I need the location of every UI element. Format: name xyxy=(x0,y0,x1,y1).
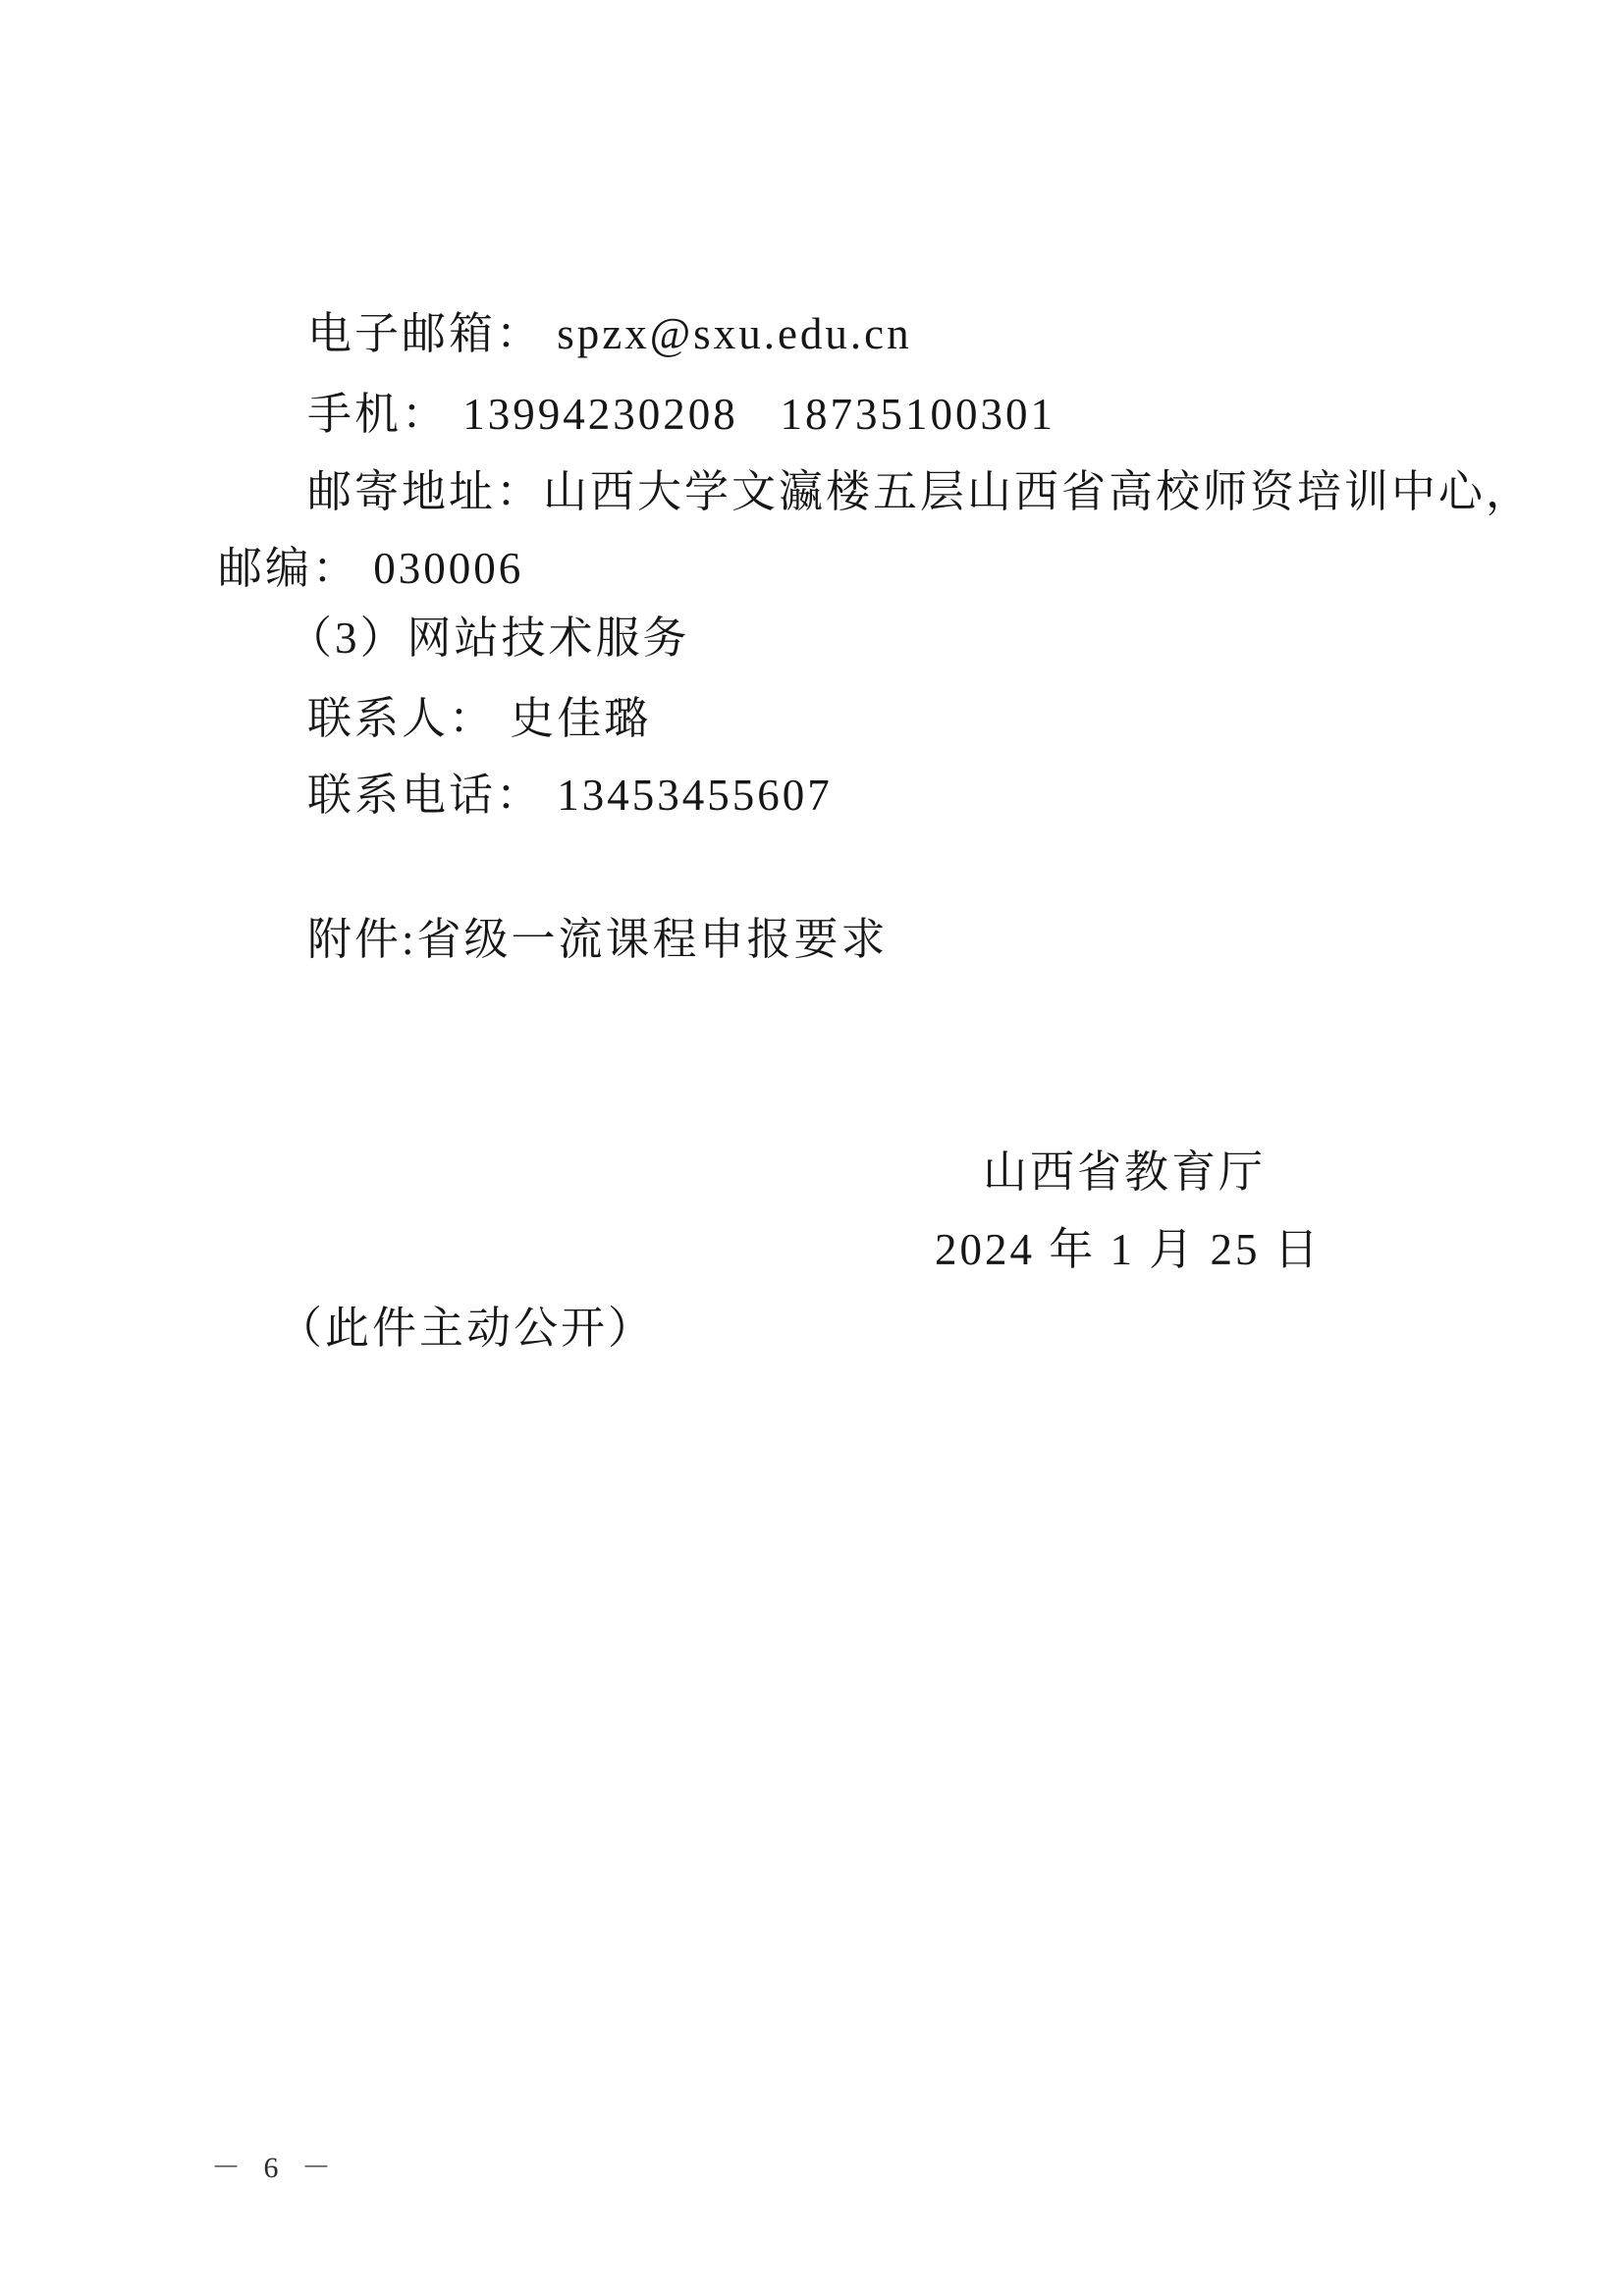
contact-person-line: 联系人： 史佳璐 xyxy=(307,695,651,744)
contact-phone-line: 联系电话： 13453455607 xyxy=(307,772,833,821)
postcode-line: 邮编： 030006 xyxy=(218,545,523,594)
issuer-signature: 山西省教育厅 xyxy=(983,1148,1266,1198)
document-page: 电子邮箱： spzx@sxu.edu.cn 手机： 13994230208 18… xyxy=(0,0,1624,2296)
mailing-address-line: 邮寄地址：山西大学文瀛楼五层山西省高校师资培训中心， xyxy=(307,468,1533,517)
email-line: 电子邮箱： spzx@sxu.edu.cn xyxy=(307,310,912,359)
attachment-line: 附件:省级一流课程申报要求 xyxy=(307,916,889,965)
disclosure-note: （此件主动公开） xyxy=(278,1305,655,1354)
signature-date: 2024 年 1 月 25 日 xyxy=(935,1226,1322,1275)
mobile-line: 手机： 13994230208 18735100301 xyxy=(307,391,1056,440)
page-number: － 6 － xyxy=(211,2143,339,2186)
service-item-heading: （3）网站技术服务 xyxy=(288,614,690,664)
